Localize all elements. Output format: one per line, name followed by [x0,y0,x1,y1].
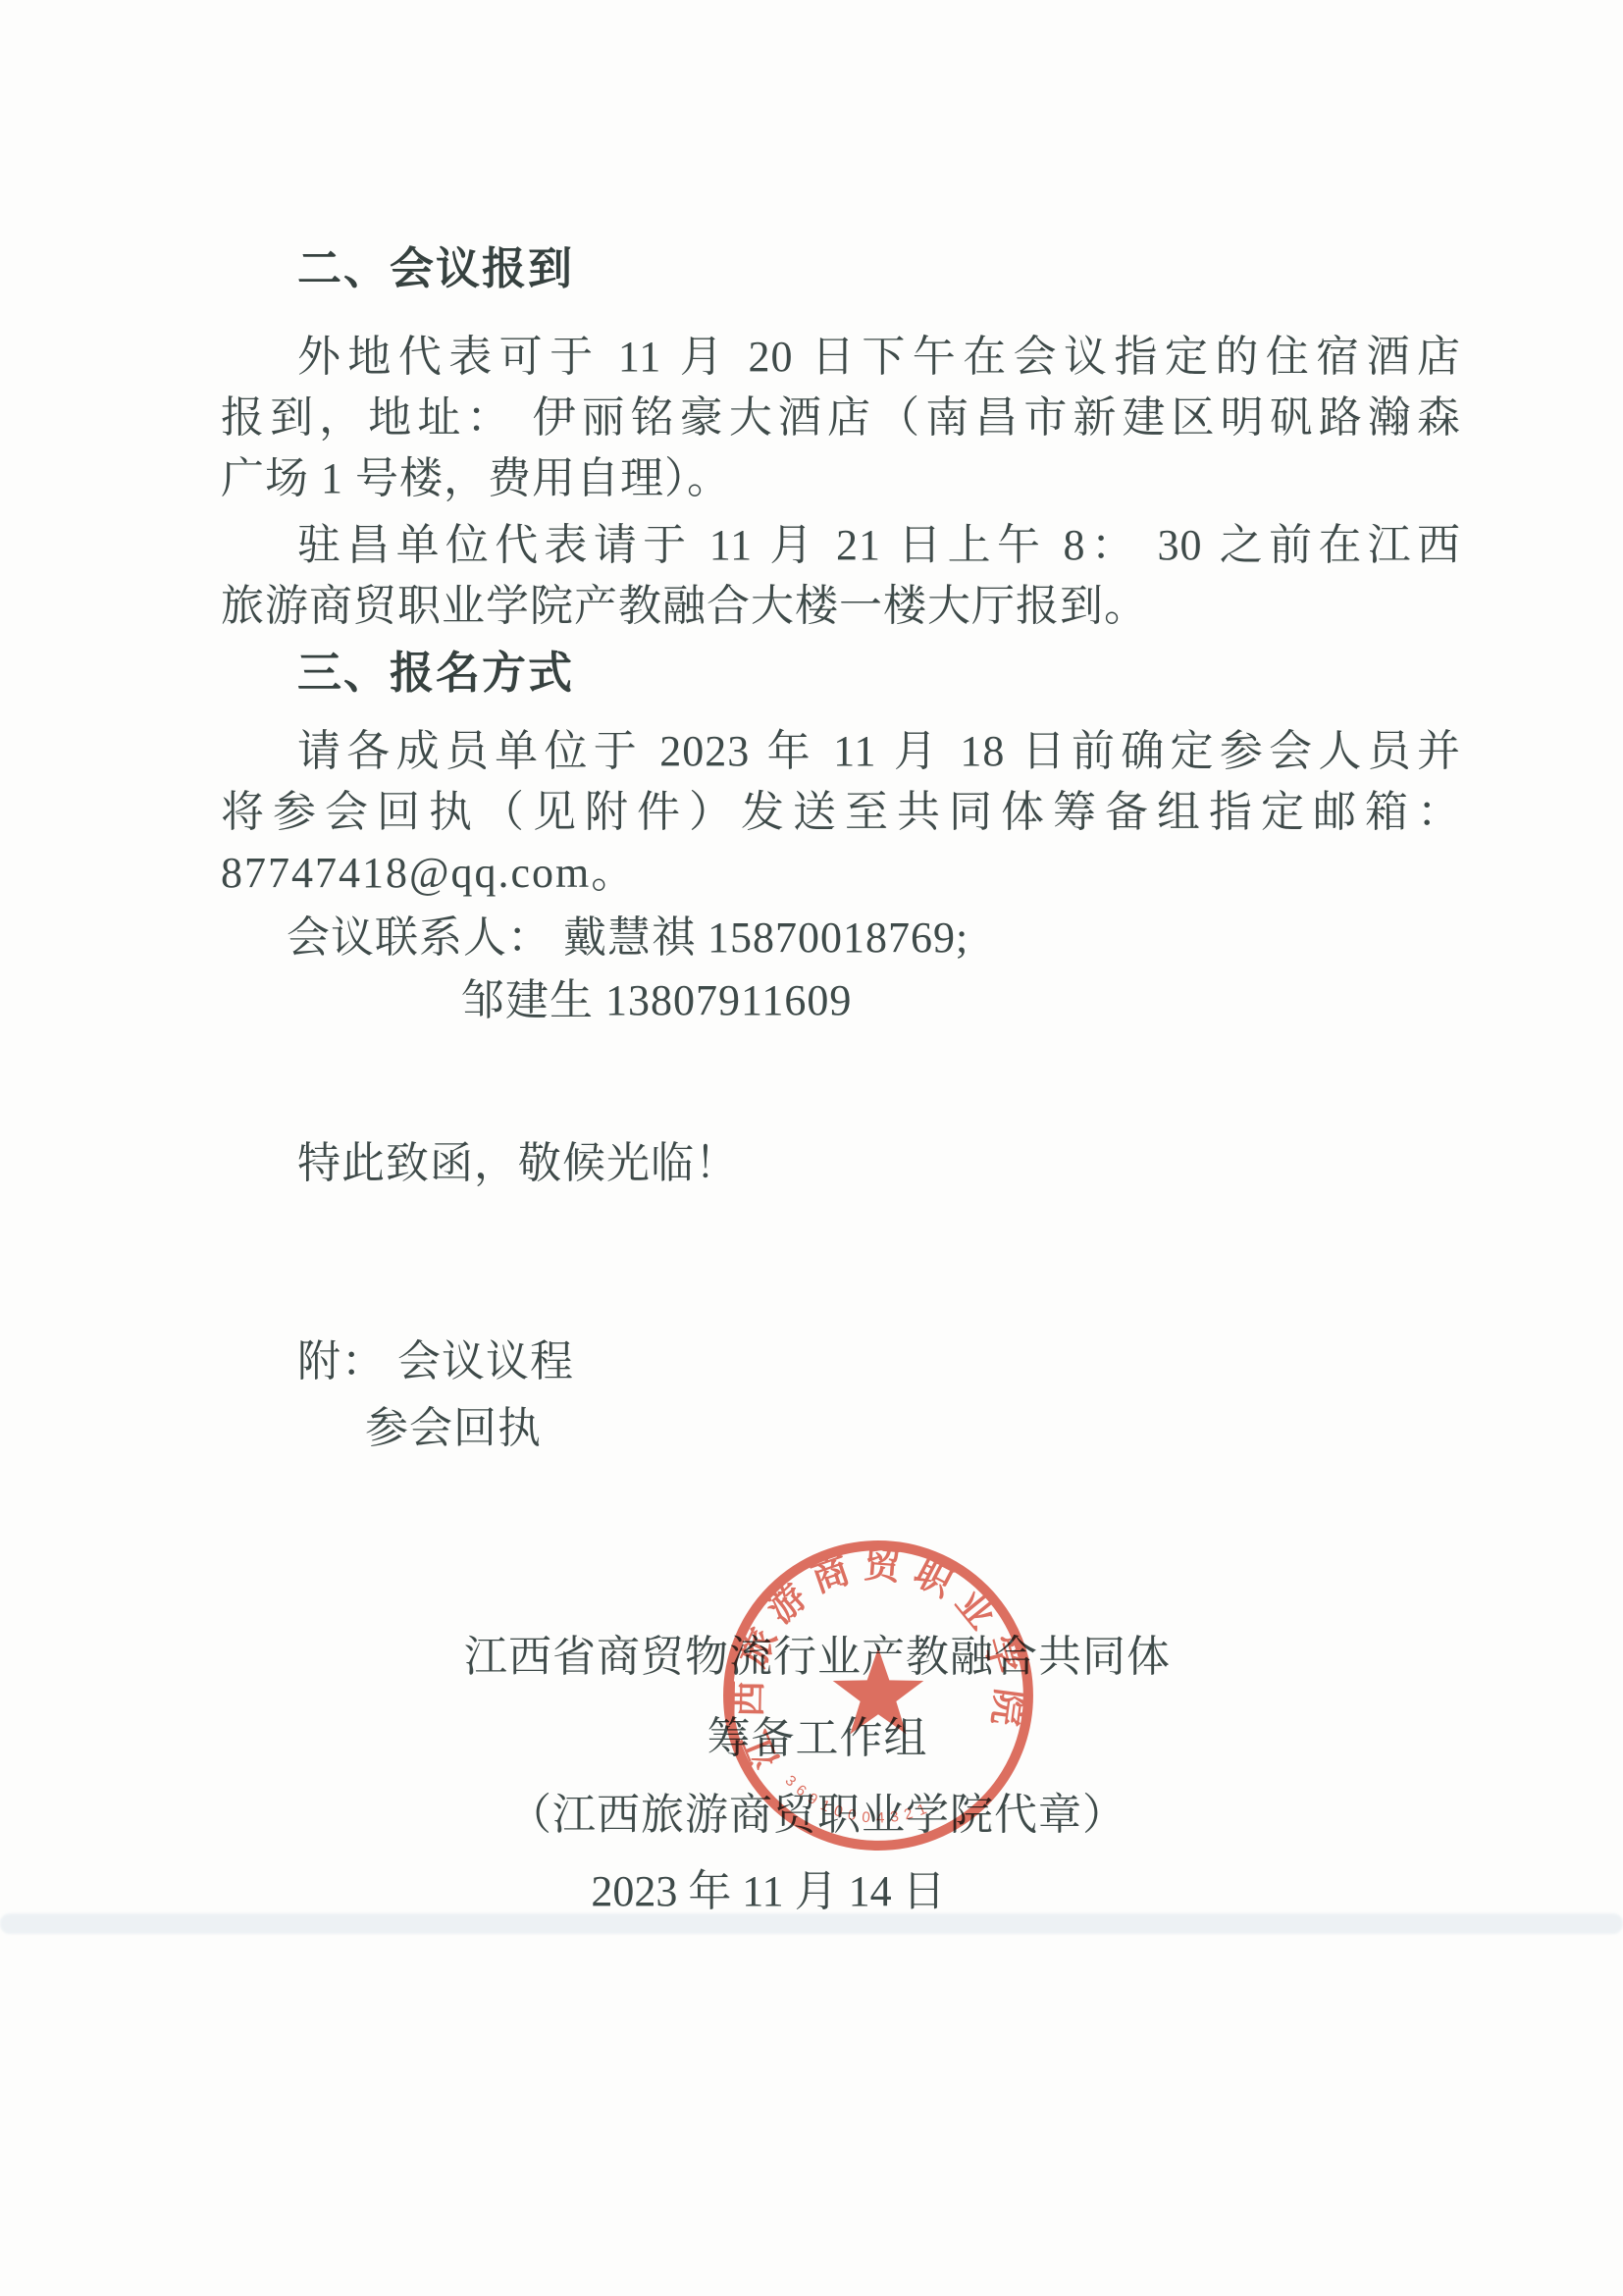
para2-line1: 驻昌单位代表请于 11 月 21 日上午 8： 30 之前在江西 [297,518,1461,572]
para2-line2: 旅游商贸职业学院产教融合大楼一楼大厅报到。 [221,579,1148,633]
para1-line3: 广场 1 号楼，费用自理）。 [221,451,731,505]
para1-line2: 报到，地址： 伊丽铭豪大酒店（南昌市新建区明矾路瀚森 [221,391,1461,444]
email-line: 87747418@qq.com。 [221,846,636,900]
scanned-letter-page: 二、会议报到 外地代表可于 11 月 20 日下午在会议指定的住宿酒店 报到，地… [0,0,1623,2296]
section3-heading: 三、报名方式 [297,646,574,701]
signature-org-line3: （江西旅游商贸职业学院代章） [376,1779,1259,1842]
scan-artifact-band [0,1913,1623,1934]
para3-line1: 请各成员单位于 2023 年 11 月 18 日前确定参会人员并 [297,724,1461,778]
attachment-line1: 附： 会议议程 [297,1334,574,1388]
signature-org-line2: 筹备工作组 [376,1702,1259,1765]
contact-line1: 会议联系人： 戴慧祺 15870018769; [287,911,969,965]
para1-line1: 外地代表可于 11 月 20 日下午在会议指定的住宿酒店 [297,330,1461,384]
contact-line2: 邹建生 13807911609 [461,973,852,1027]
para3-line2: 将参会回执（见附件）发送至共同体筹备组指定邮箱： [221,785,1461,839]
section2-heading: 二、会议报到 [297,241,574,296]
signature-org-line1: 江西省商贸物流行业产教融合共同体 [376,1621,1259,1684]
signature-date: 2023 年 11 月 14 日 [327,1855,1210,1918]
closing-line: 特此致函，敬候光临！ [297,1136,739,1190]
attachment-line2: 参会回执 [365,1401,542,1455]
